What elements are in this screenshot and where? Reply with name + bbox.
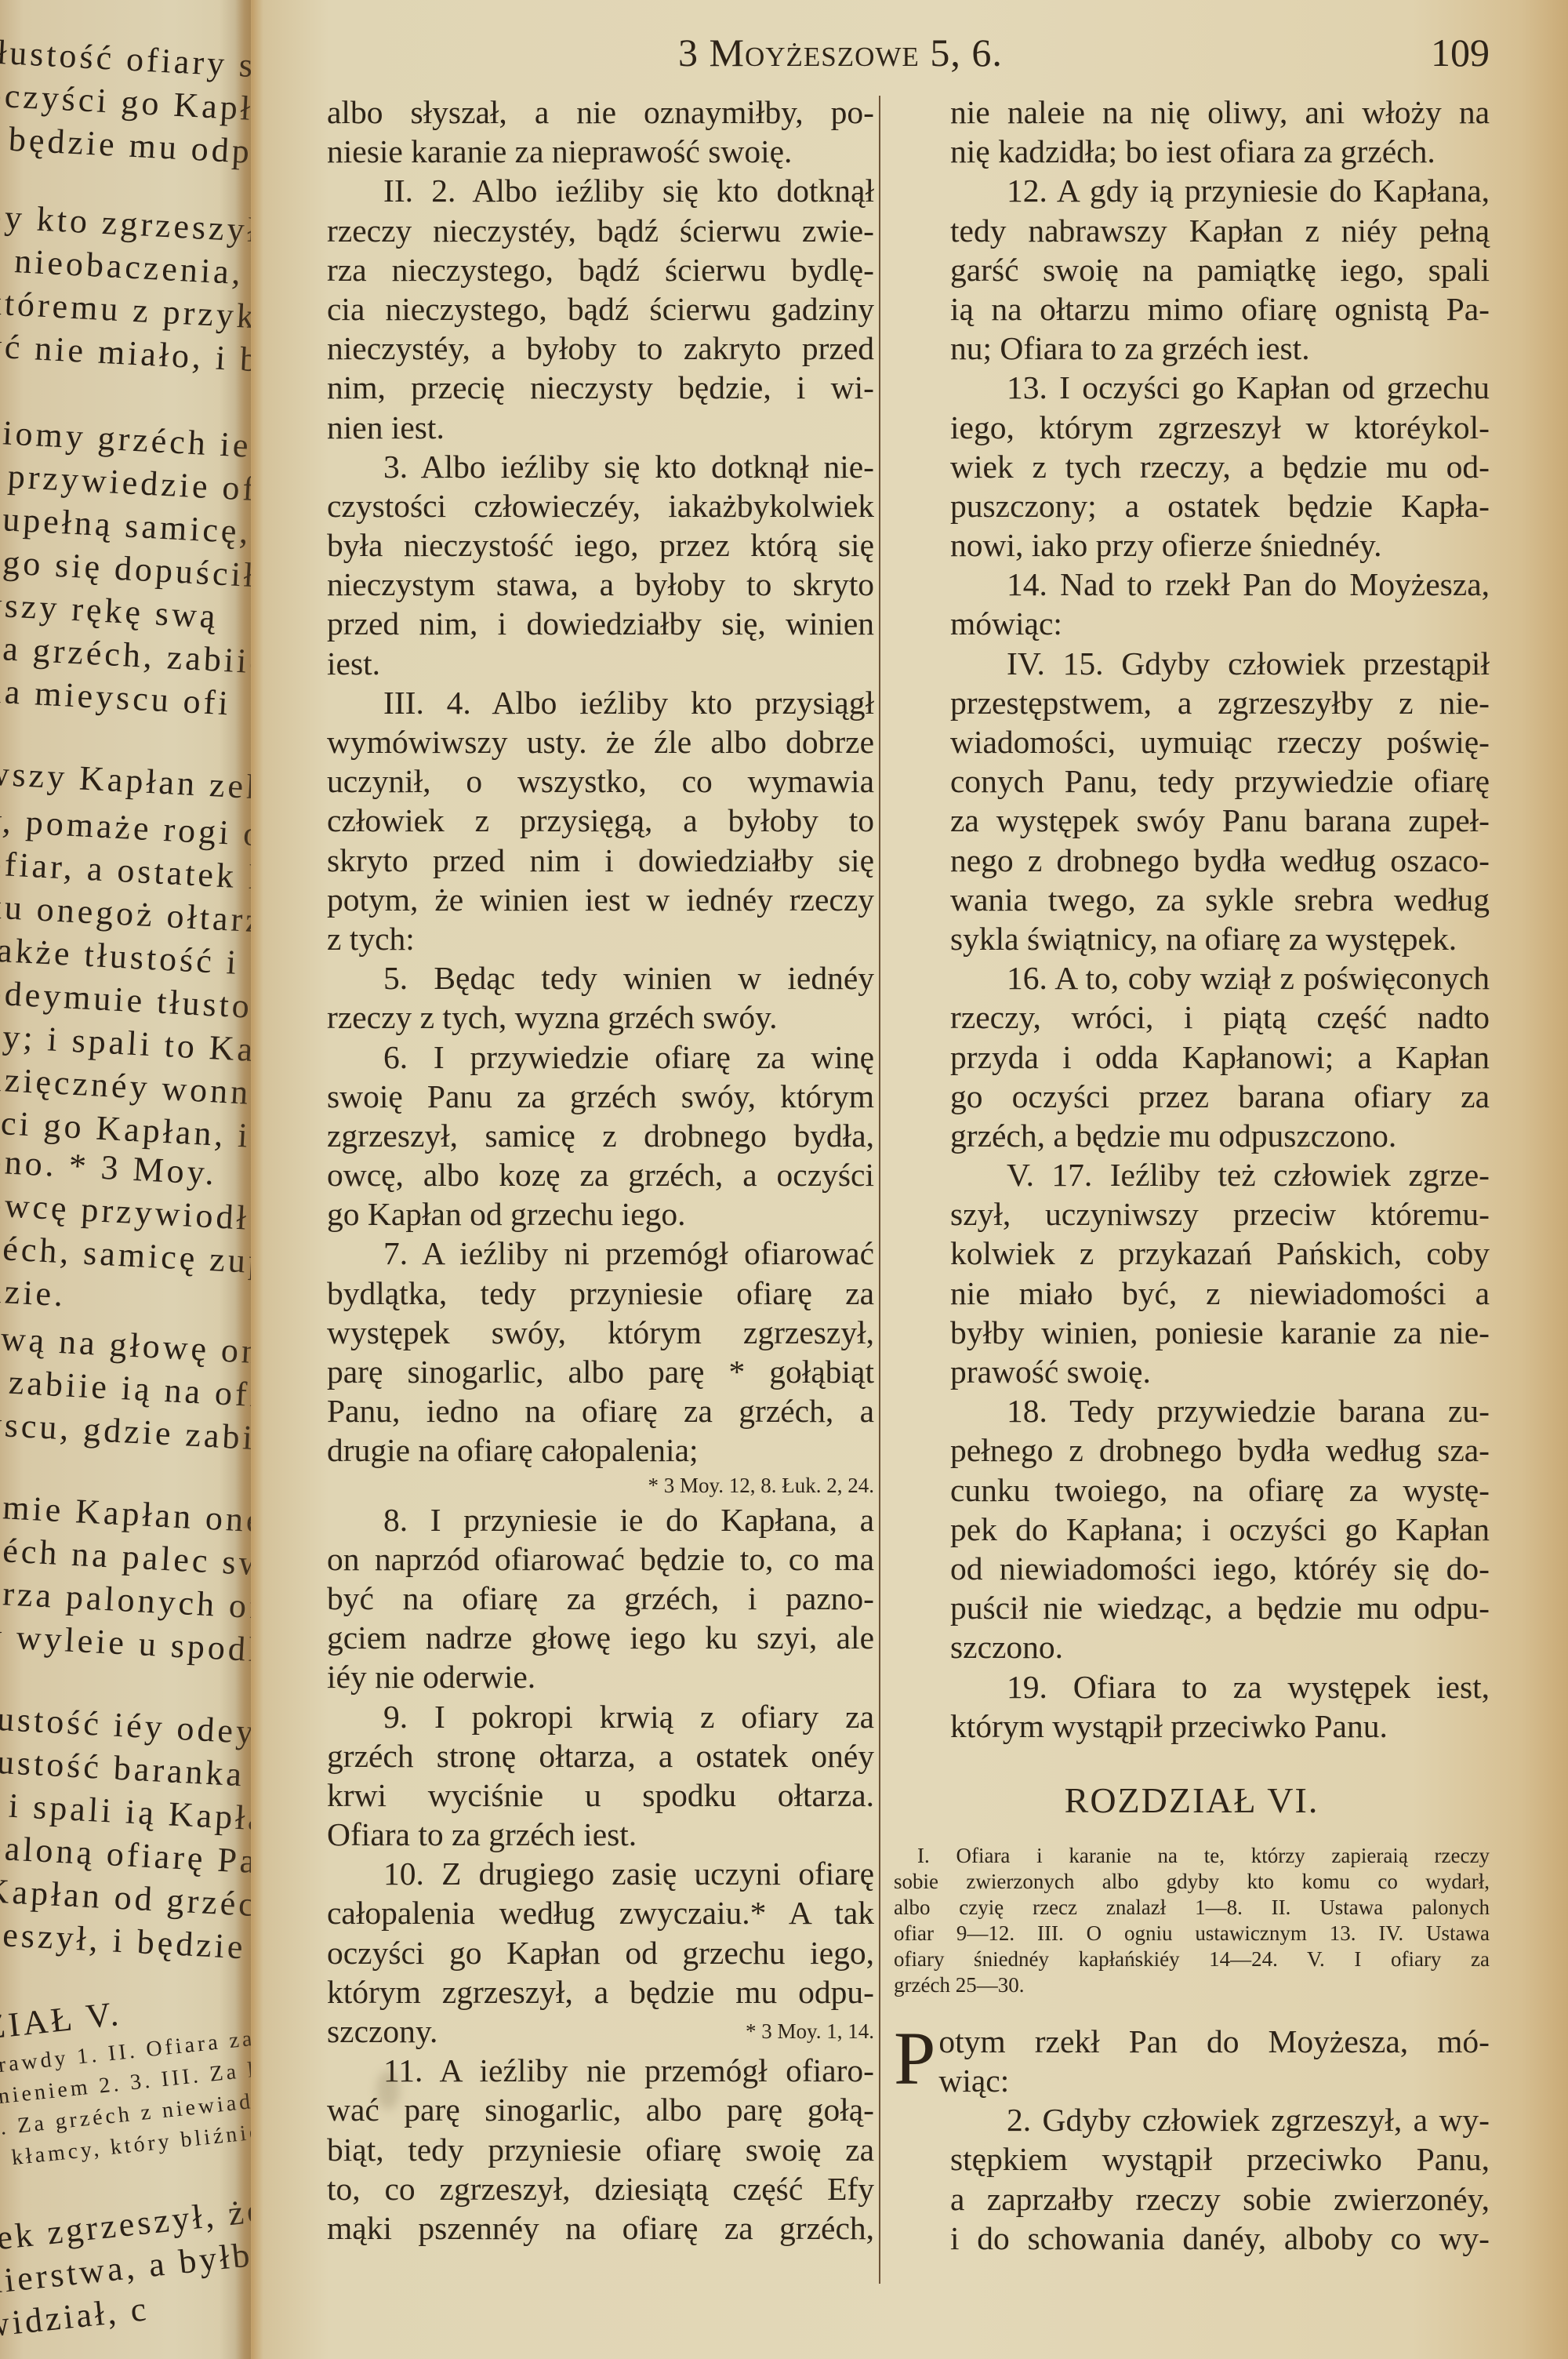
text-line: skryto przed nim i dowiedziałby się <box>270 841 874 880</box>
text-line: wać parę sinogarlic, albo parę gołą- <box>270 2090 874 2129</box>
verse-paragraph: 16. A to, coby wziął z poświęconychrzecz… <box>894 958 1490 1155</box>
text-line: 16. A to, coby wziął z poświęconych <box>894 958 1490 998</box>
verse-paragraph: 10. Z drugiego zasię uczyni ofiaręcałopa… <box>270 1854 874 2051</box>
text-line: conych Panu, tedy przywiedzie ofiarę <box>894 761 1490 801</box>
text-line: prawość swoię. <box>894 1352 1490 1391</box>
page-number: 109 <box>1431 30 1490 75</box>
text-line: nien iest. <box>270 408 874 447</box>
text-line: byłby winien, poniesie karanie za nie- <box>894 1313 1490 1352</box>
chapter-heading: ROZDZIAŁ VI. <box>894 1777 1490 1824</box>
text-line: a zaprzałby rzeczy sobie zwierzonéy, <box>894 2179 1490 2219</box>
summary-line: ofiar 9—12. III. O ogniu ustawicznym 13.… <box>894 1921 1490 1946</box>
text-line: mówiąc: <box>894 604 1490 643</box>
text-line: nim, przecię nieczysty będzie, i wi- <box>270 368 874 407</box>
text-line: 10. Z drugiego zasię uczyni ofiarę <box>270 1854 874 1893</box>
verse-paragraph: 8. I przyniesie ie do Kapłana, aon naprz… <box>270 1500 874 1697</box>
left-page-line: dzie. <box>0 1270 67 1314</box>
left-page-line: wszy Kapłan zekr <box>0 753 251 809</box>
text-line: go Kapłan od grzechu iego. <box>270 1194 874 1234</box>
text-line: rzeczy nieczystéy, bądź ścierwu zwie- <box>270 211 874 250</box>
summary-line: I. Ofiara i karanie na te, którzy zapier… <box>894 1843 1490 1869</box>
text-line: iego, którym zgrzeszył w ktoréykol- <box>894 408 1490 447</box>
column-rule <box>879 96 880 2284</box>
verse-paragraph: 6. I przywiedzie ofiarę za winęswoię Pan… <box>270 1038 874 1234</box>
text-line: to, co zgrzeszył, dziesiątą część Efy <box>270 2169 874 2208</box>
left-page-line: vszy rękę swą <box>0 584 220 637</box>
text-line: 2. Gdyby człowiek zgrzeszył, a wy- <box>894 2100 1490 2139</box>
text-line: stępkiem wystąpił przeciwko Panu, <box>894 2139 1490 2179</box>
text-line: bydlątka, tedy przyniesie ofiarę za <box>270 1274 874 1313</box>
text-line: nie naleie na nię oliwy, ani włoży na <box>894 93 1490 132</box>
text-line: szył, uczyniwszy przeciw któremu- <box>894 1194 1490 1234</box>
right-column: nie naleie na nię oliwy, ani włoży nanię… <box>894 93 1490 2258</box>
text-line: sykla świątnicy, na ofiarę za występek. <box>894 919 1490 958</box>
text-line: puszczony; a ostatek będzie Kapła- <box>894 486 1490 525</box>
summary-line: albo czyię rzecz znalazł 1—8. II. Ustawa… <box>894 1895 1490 1921</box>
text-line: grzéch, a będzie mu odpuszczono. <box>894 1116 1490 1155</box>
text-line: cia nieczystego, bądź ścierwu gadziny <box>270 289 874 329</box>
text-line: wiek z tych rzeczy, a będzie mu od- <box>894 447 1490 486</box>
text-line: uczynił, o wszystko, co wymawia <box>270 761 874 801</box>
text-line: za występek swóy Panu barana zupeł- <box>894 801 1490 840</box>
text-line: 7. A ieźliby ni przemógł ofiarować <box>270 1234 874 1273</box>
verse-paragraph: 7. A ieźliby ni przemógł ofiarowaćbydląt… <box>270 1234 874 1499</box>
verse-paragraph: albo słyszał, a nie oznaymiłby, po-niesi… <box>270 93 874 171</box>
text-line: szczono. <box>894 1627 1490 1667</box>
text-line: 9. I pokropi krwią z ofiary za <box>270 1697 874 1736</box>
text-line: gciem nadrze głowę iego ku szyi, ale <box>270 1618 874 1657</box>
text-line: II. 2. Albo ieźliby się kto dotknął <box>270 171 874 210</box>
text-line: 5. Będąc tedy winien w iednéy <box>270 958 874 998</box>
text-line: wiąc: <box>894 2061 1490 2100</box>
text-line: kolwiek z przykazań Pańskich, coby <box>894 1234 1490 1273</box>
footnote-reference: * 3 Moy. 1, 14. <box>689 2012 874 2051</box>
text-line: przyda i odda Kapłanowi; a Kapłan <box>894 1038 1490 1077</box>
text-line: iest. <box>270 644 874 683</box>
text-line: z tych: <box>270 919 874 958</box>
text-line: Ofiara to za grzéch iest. <box>270 1815 874 1854</box>
text-line: całopalenia według zwyczaiu.* A tak <box>270 1893 874 1932</box>
verse-paragraph: 18. Tedy przywiedzie barana zu-pełnego z… <box>894 1391 1490 1667</box>
text-line: puścił nie wiedząc, a będzie mu odpu- <box>894 1588 1490 1627</box>
verse-paragraph: 14. Nad to rzekł Pan do Moyżesza,mówiąc: <box>894 565 1490 643</box>
left-page-fragment: widział, cnierstwa, a byłbiek zgrzeszył,… <box>0 0 251 2359</box>
verse-paragraph: 13. I oczyści go Kapłan od grzechuiego, … <box>894 368 1490 565</box>
verse-paragraph: 2. Gdyby człowiek zgrzeszył, a wy-stępki… <box>894 2100 1490 2258</box>
summary-line: sobie zwierzonych albo gdyby kto komu co… <box>894 1869 1490 1895</box>
text-line: garść swoię na pamiątkę iego, spali <box>894 250 1490 289</box>
summary-line: grzéch 25—30. <box>894 1972 1490 1998</box>
verse-paragraph: II. 2. Albo ieźliby się kto dotknąłrzecz… <box>270 171 874 446</box>
text-line: 18. Tedy przywiedzie barana zu- <box>894 1391 1490 1430</box>
text-line: od niewiadomości iego, któréy się do- <box>894 1549 1490 1588</box>
verse-paragraph: 12. A gdy ią przyniesie do Kapłana,tedy … <box>894 171 1490 368</box>
chapter-range: 5, 6. <box>930 31 1003 75</box>
text-line: potym, że winien iest w iednéy rzeczy <box>270 880 874 919</box>
text-line: 12. A gdy ią przyniesie do Kapłana, <box>894 171 1490 210</box>
text-line: i do schowania danéy, alboby co wy- <box>894 2219 1490 2258</box>
text-line: Panu, iedno na ofiarę za grzéch, a <box>270 1391 874 1430</box>
text-line: 19. Ofiara to za występek iest, <box>894 1667 1490 1707</box>
page-gutter-shadow <box>220 0 251 2359</box>
text-line: swoię Panu za grzéch swóy, którym <box>270 1077 874 1116</box>
text-line: nieczystym stawa, a byłoby to skryto <box>270 565 874 604</box>
text-line: którym zgrzeszył, a będzie mu odpu- <box>270 1972 874 2012</box>
text-line: otym rzekł Pan do Moyżesza, mó- <box>894 2022 1490 2061</box>
text-line: wania twego, za sykle srebra według <box>894 880 1490 919</box>
drop-cap: P <box>894 2025 935 2092</box>
text-line: cunku twoiego, na ofiarę za wystę- <box>894 1470 1490 1510</box>
running-header: 3 Moyżeszowe 5, 6. 109 <box>267 30 1490 85</box>
verse-paragraph: 3. Albo ieźliby się kto dotknął nie-czys… <box>270 447 874 683</box>
text-line: biąt, tedy przyniesie ofiarę swoię za <box>270 2130 874 2169</box>
text-line: rza nieczystego, bądź ścierwu bydlę- <box>270 250 874 289</box>
book-name: 3 Moyżeszowe <box>678 31 920 75</box>
text-line: oczyści go Kapłan od grzechu iego, <box>270 1933 874 1972</box>
text-line: 14. Nad to rzekł Pan do Moyżesza, <box>894 565 1490 604</box>
verse-paragraph: IV. 15. Gdyby człowiek przestąpiłprzestę… <box>894 644 1490 959</box>
chapter-opening: Potym rzekł Pan do Moyżesza, mó-wiąc: <box>894 2022 1490 2100</box>
text-line: V. 17. Ieźliby też człowiek zgrze- <box>894 1155 1490 1194</box>
text-line: 8. I przyniesie ie do Kapłana, a <box>270 1500 874 1539</box>
left-page-line: ZIAŁ V. <box>0 1994 123 2048</box>
chapter-summary: I. Ofiara i karanie na te, którzy zapier… <box>894 1843 1490 1998</box>
text-line: mąki pszennéy na ofiarę za grzéch, <box>270 2208 874 2248</box>
text-line: go oczyści przez barana ofiary za <box>894 1077 1490 1116</box>
verse-paragraph: V. 17. Ieźliby też człowiek zgrze-szył, … <box>894 1155 1490 1391</box>
text-line: była nieczystość iego, przez którą się <box>270 525 874 565</box>
text-line: 13. I oczyści go Kapłan od grzechu <box>894 368 1490 407</box>
text-line: iéy nie oderwie. <box>270 1657 874 1696</box>
text-line: przed nim, i dowiedziałby się, winien <box>270 604 874 643</box>
text-line: ią na ołtarzu mimo ofiarę ognistą Pa- <box>894 289 1490 329</box>
text-line: 6. I przywiedzie ofiarę za winę <box>270 1038 874 1077</box>
text-line: przestępstwem, a zgrzeszyłby z nie- <box>894 683 1490 722</box>
text-line: 3. Albo ieźliby się kto dotknął nie- <box>270 447 874 486</box>
text-line: szczony.* 3 Moy. 1, 14. <box>270 2012 874 2051</box>
text-line: grzéch stronę ołtarza, a ostatek onéy <box>270 1736 874 1776</box>
text-line: być na ofiarę za grzéch, i pazno- <box>270 1579 874 1618</box>
text-line: pełnego z drobnego bydła według sza- <box>894 1430 1490 1470</box>
text-line: nieczystéy, a byłoby to zakryto przed <box>270 329 874 368</box>
text-line: albo słyszał, a nie oznaymiłby, po- <box>270 93 874 132</box>
summary-line: ofiary śniednéy kapłańskiéy 14—24. V. I … <box>894 1946 1490 1972</box>
verse-paragraph: nie naleie na nię oliwy, ani włoży nanię… <box>894 93 1490 171</box>
text-line: którym wystąpił przeciwko Panu. <box>894 1707 1490 1746</box>
text-line: nowi, iako przy ofierze śniednéy. <box>894 525 1490 565</box>
text-line: owcę, albo kozę za grzéch, a oczyści <box>270 1155 874 1194</box>
paper-stain <box>376 2070 400 2110</box>
verse-paragraph: 11. A ieźliby nie przemógł ofiaro-wać pa… <box>270 2051 874 2248</box>
text-line: rzeczy z tych, wyzna grzéch swóy. <box>270 998 874 1037</box>
text-line: wiadomości, uymuiąc rzeczy poświę- <box>894 722 1490 761</box>
text-line: tedy nabrawszy Kapłan z niéy pełną <box>894 211 1490 250</box>
text-line: IV. 15. Gdyby człowiek przestąpił <box>894 644 1490 683</box>
text-line: nu; Ofiara to za grzéch iest. <box>894 329 1490 368</box>
text-line: 11. A ieźliby nie przemógł ofiaro- <box>270 2051 874 2090</box>
text-line: wymówiwszy usty. że źle albo dobrze <box>270 722 874 761</box>
verse-paragraph: 5. Będąc tedy winien w iednéyrzeczy z ty… <box>270 958 874 1037</box>
text-line: występek swóy, którym zgrzeszył, <box>270 1313 874 1352</box>
text-line: człowiek z przysięgą, a byłoby to <box>270 801 874 840</box>
text-line: krwi wyciśnie u spodku ołtarza. <box>270 1776 874 1815</box>
verse-paragraph: III. 4. Albo ieźliby kto przysiągłwymówi… <box>270 683 874 958</box>
verse-paragraph: 9. I pokropi krwią z ofiary zagrzéch str… <box>270 1697 874 1855</box>
footnote-reference: * 3 Moy. 12, 8. Łuk. 2, 24. <box>270 1470 874 1500</box>
header-title: 3 Moyżeszowe 5, 6. <box>678 30 1003 75</box>
text-line: czystości człowieczéy, iakażbykolwiek <box>270 486 874 525</box>
text-line: drugie na ofiarę całopalenia; <box>270 1430 874 1470</box>
text-line: nie miało być, z niewiadomości a <box>894 1274 1490 1313</box>
text-line: on naprzód ofiarować będzie to, co ma <box>270 1539 874 1579</box>
verse-paragraph: 19. Ofiara to za występek iest,którym wy… <box>894 1667 1490 1746</box>
text-line: nię kadzidła; bo iest ofiara za grzéch. <box>894 132 1490 171</box>
left-column: albo słyszał, a nie oznaymiłby, po-niesi… <box>270 93 874 2248</box>
text-line: zgrzeszył, samicę z drobnego bydła, <box>270 1116 874 1155</box>
text-line: niesie karanie za nieprawość swoię. <box>270 132 874 171</box>
text-line: III. 4. Albo ieźliby kto przysiągł <box>270 683 874 722</box>
text-line: parę sinogarlic, albo parę * gołąbiąt <box>270 1352 874 1391</box>
text-line: rzeczy, wróci, i piątą część nadto <box>894 998 1490 1037</box>
text-line: nego z drobnego bydła według oszaco- <box>894 841 1490 880</box>
text-line: pek do Kapłana; i oczyści go Kapłan <box>894 1510 1490 1549</box>
